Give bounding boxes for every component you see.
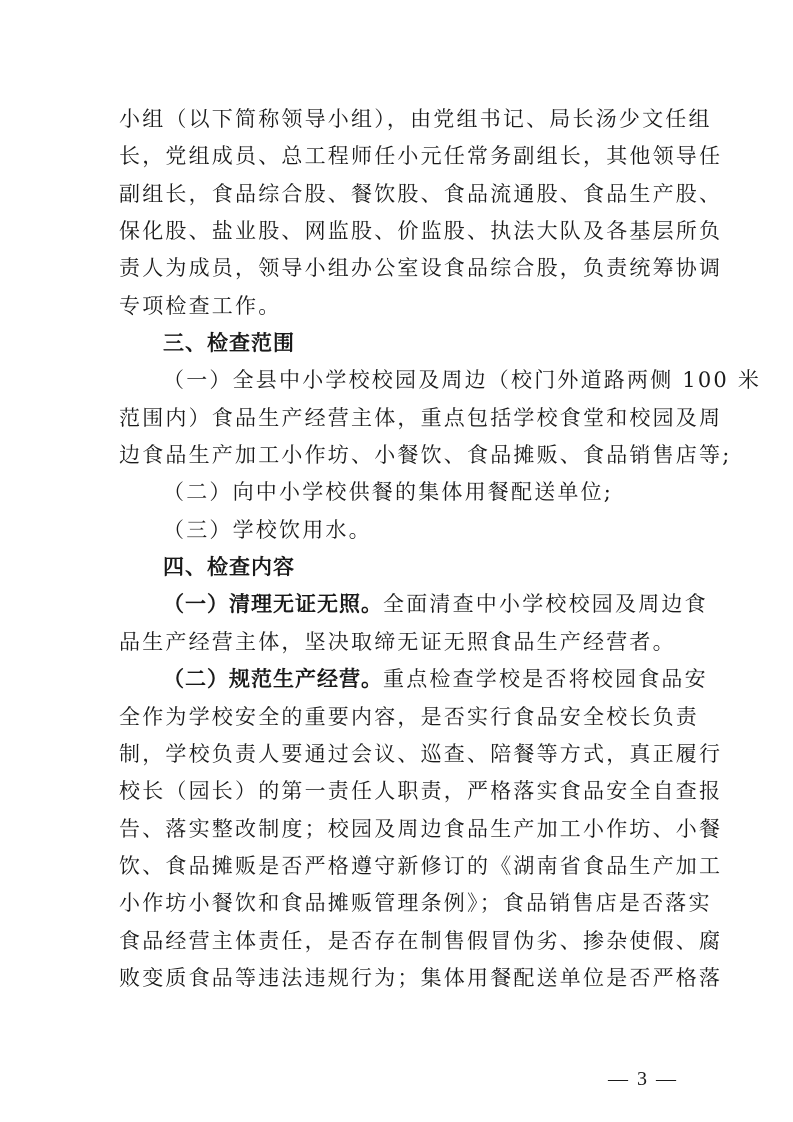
- body-line: 小作坊小餐饮和食品摊贩管理条例》；食品销售店是否落实: [119, 885, 675, 922]
- body-line: 保化股、盐业股、网监股、价监股、执法大队及各基层所负: [119, 213, 675, 250]
- body-line: 全作为学校安全的重要内容，是否实行食品安全校长负责: [119, 699, 675, 736]
- content-item-1: （一）清理无证无照。全面清查中小学校校园及周边食: [119, 586, 675, 623]
- body-line: 长，党组成员、总工程师任小元任常务副组长，其他领导任: [119, 138, 675, 175]
- body-line: 副组长，食品综合股、餐饮股、食品流通股、食品生产股、: [119, 176, 675, 213]
- body-line: 品生产经营主体，坚决取缔无证无照食品生产经营者。: [119, 624, 675, 661]
- content-item-2-title: （二）规范生产经营。: [163, 667, 383, 691]
- scope-item-3: （三）学校饮用水。: [119, 512, 675, 549]
- body-line: 饮、食品摊贩是否严格遵守新修订的《湖南省食品生产加工: [119, 848, 675, 885]
- body-line: 边食品生产加工小作坊、小餐饮、食品摊贩、食品销售店等;: [119, 437, 675, 474]
- section-heading-content: 四、检查内容: [119, 549, 675, 586]
- section-heading-scope: 三、检查范围: [119, 325, 675, 362]
- content-item-2-text: 重点检查学校是否将校园食品安: [383, 667, 708, 691]
- body-line: 小组（以下简称领导小组），由党组书记、局长汤少文任组: [119, 101, 675, 138]
- body-line: 败变质食品等违法违规行为；集体用餐配送单位是否严格落: [119, 960, 675, 997]
- content-item-1-title: （一）清理无证无照。: [163, 592, 383, 616]
- scope-item-2: （二）向中小学校供餐的集体用餐配送单位;: [119, 474, 675, 511]
- body-line: 专项检查工作。: [119, 288, 675, 325]
- body-line: 食品经营主体责任，是否存在制售假冒伪劣、掺杂使假、腐: [119, 923, 675, 960]
- content-item-2: （二）规范生产经营。重点检查学校是否将校园食品安: [119, 661, 675, 698]
- content-item-1-text: 全面清查中小学校校园及周边食: [383, 592, 708, 616]
- body-line: 责人为成员，领导小组办公室设食品综合股，负责统筹协调: [119, 250, 675, 287]
- body-line: 制，学校负责人要通过会议、巡查、陪餐等方式，真正履行: [119, 736, 675, 773]
- document-body: 小组（以下简称领导小组），由党组书记、局长汤少文任组 长，党组成员、总工程师任小…: [119, 101, 675, 997]
- body-line: 校长（园长）的第一责任人职责，严格落实食品安全自查报: [119, 773, 675, 810]
- body-line: 告、落实整改制度；校园及周边食品生产加工小作坊、小餐: [119, 811, 675, 848]
- page-number: — 3 —: [608, 1068, 678, 1091]
- scope-item-1: （一）全县中小学校校园及周边（校门外道路两侧 100 米: [119, 362, 675, 399]
- body-line: 范围内）食品生产经营主体，重点包括学校食堂和校园及周: [119, 400, 675, 437]
